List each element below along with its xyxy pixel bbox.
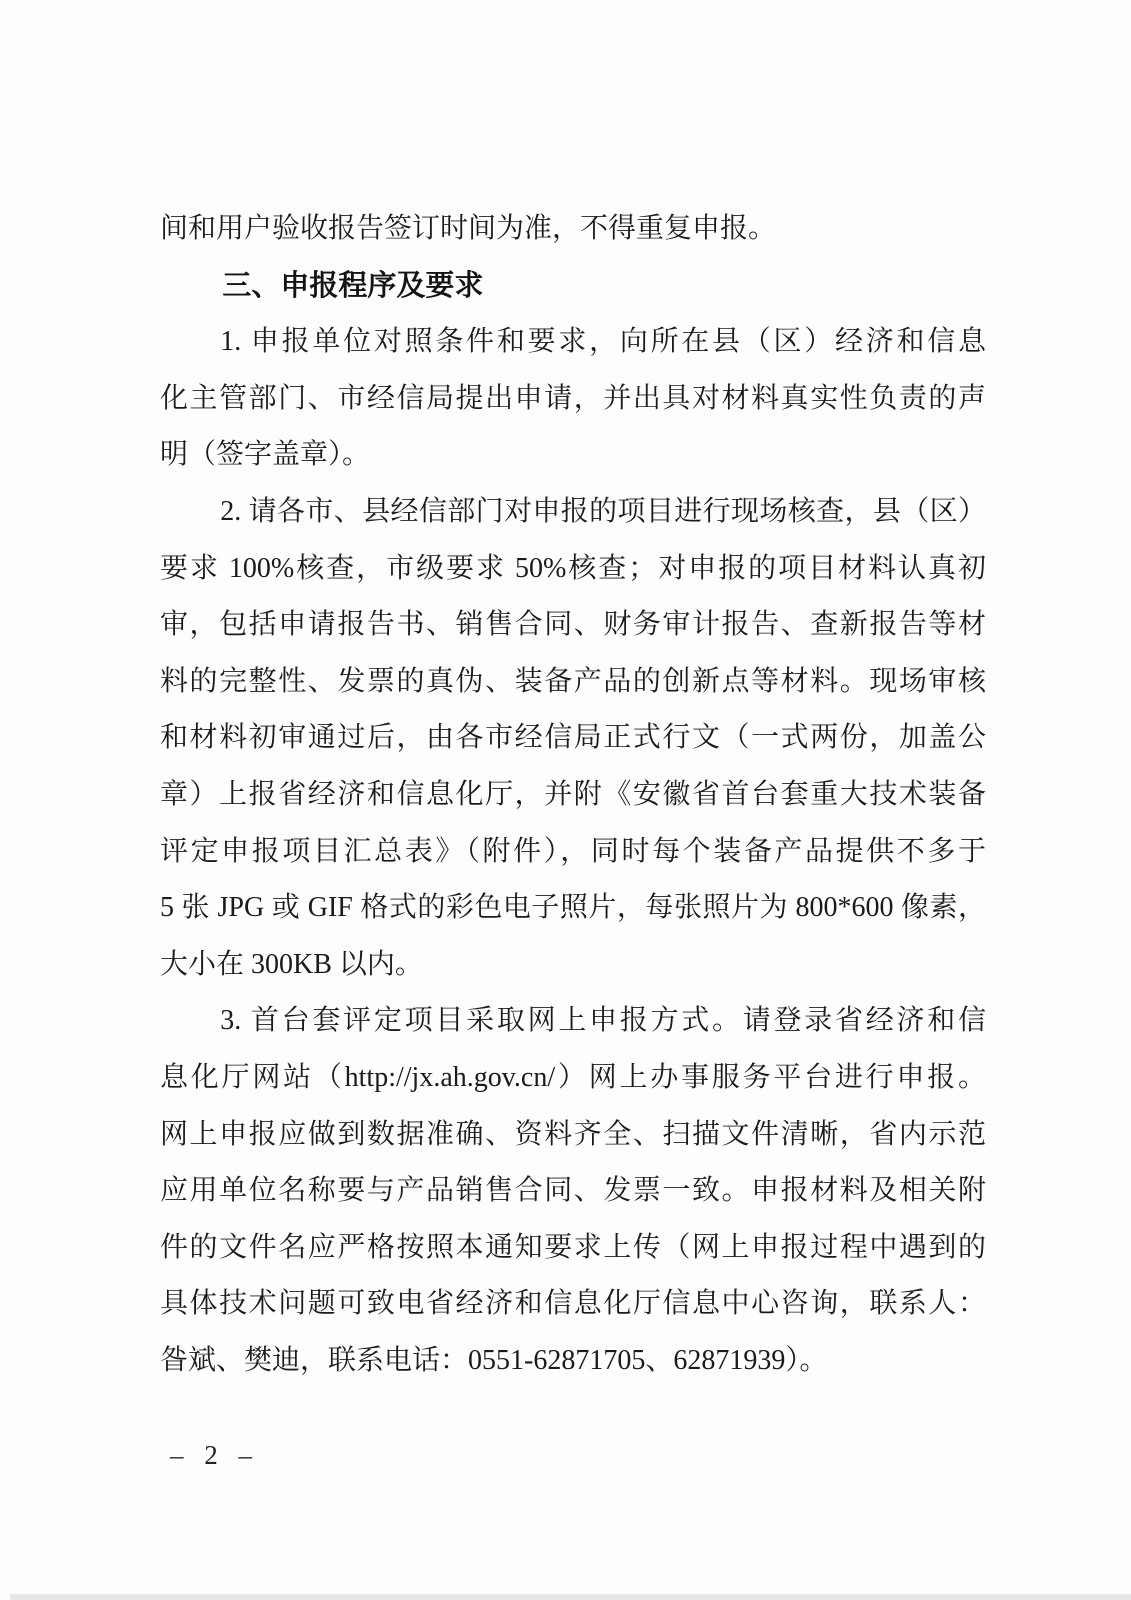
paragraph-1-line-1: 1. 申报单位对照条件和要求，向所在县（区）经济和信息: [160, 314, 986, 371]
paragraph-1-line-2: 化主管部门、市经信局提出申请，并出具对材料真实性负责的声: [160, 371, 986, 428]
paragraph-3-line-4: 应用单位名称要与产品销售合同、发票一致。申报材料及相关附: [160, 1163, 986, 1220]
paragraph-2-line-3: 审，包括申请报告书、销售合同、财务审计报告、查新报告等材: [160, 597, 986, 654]
paragraph-3-line-1: 3. 首台套评定项目采取网上申报方式。请登录省经济和信: [160, 993, 986, 1050]
paragraph-2-line-9: 大小在 300KB 以内。: [160, 937, 986, 994]
paragraph-2-line-8: 5 张 JPG 或 GIF 格式的彩色电子照片，每张照片为 800*600 像素…: [160, 880, 986, 937]
paragraph-1-line-3: 明（签字盖章）。: [160, 427, 986, 484]
paragraph-3-line-3: 网上申报应做到数据准确、资料齐全、扫描文件清晰，省内示范: [160, 1107, 986, 1164]
paragraph-3-line-2: 息化厅网站（http://jx.ah.gov.cn/）网上办事服务平台进行申报。: [160, 1050, 986, 1107]
paragraph-2-line-1: 2. 请各市、县经信部门对申报的项目进行现场核查，县（区）: [160, 484, 986, 541]
paragraph-2-line-4: 料的完整性、发票的真伪、装备产品的创新点等材料。现场审核: [160, 654, 986, 711]
paragraph-2-line-2: 要求 100%核查，市级要求 50%核查；对申报的项目材料认真初: [160, 541, 986, 598]
document-body: 间和用户验收报告签订时间为准，不得重复申报。 三、申报程序及要求 1. 申报单位…: [160, 201, 986, 1389]
paragraph-2-line-6: 章）上报省经济和信息化厅，并附《安徽省首台套重大技术装备: [160, 767, 986, 824]
page-number: – 2 –: [170, 1440, 259, 1471]
paragraph-2-line-7: 评定申报项目汇总表》（附件），同时每个装备产品提供不多于: [160, 824, 986, 881]
continuation-line: 间和用户验收报告签订时间为准，不得重复申报。: [160, 201, 986, 258]
paragraph-3-line-6: 具体技术问题可致电省经济和信息化厅信息中心咨询，联系人：: [160, 1276, 986, 1333]
paragraph-3-line-5: 件的文件名应严格按照本通知要求上传（网上申报过程中遇到的: [160, 1220, 986, 1277]
document-page: 间和用户验收报告签订时间为准，不得重复申报。 三、申报程序及要求 1. 申报单位…: [0, 0, 1131, 1600]
paragraph-3-line-7: 昝斌、樊迪，联系电话：0551-62871705、62871939）。: [160, 1333, 986, 1390]
scan-edge-artifact: [10, 1594, 1131, 1600]
paragraph-2-line-5: 和材料初审通过后，由各市经信局正式行文（一式两份，加盖公: [160, 710, 986, 767]
section-heading: 三、申报程序及要求: [160, 258, 986, 315]
